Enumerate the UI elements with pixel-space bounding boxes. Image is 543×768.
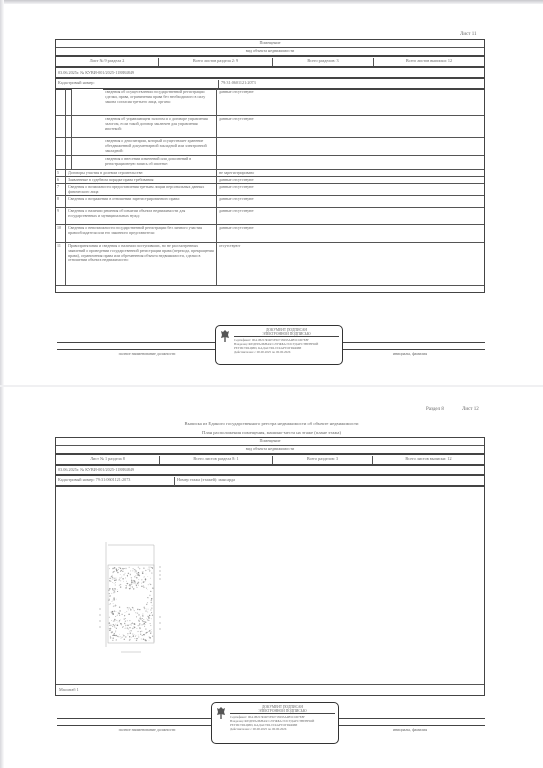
row-name: Договоры участия в долевом строительстве… <box>66 170 217 176</box>
floor-label: Номер этажа (этажей): мансарда <box>175 477 484 486</box>
total-sheets: Всего листов выписки: 12 <box>374 58 484 66</box>
row-value: данные отсутствуют <box>217 116 484 137</box>
stamp-subtitle: ЭЛЕКТРОННОЙ ПОДПИСЬЮ <box>230 709 335 714</box>
table-row: 11Правопритязания и сведения о наличии п… <box>56 243 484 286</box>
e-signature-stamp: ДОКУМЕНТ ПОДПИСАН ЭЛЕКТРОННОЙ ПОДПИСЬЮ С… <box>215 325 343 365</box>
table-row: сведения об управляющем залогом и о дого… <box>56 116 484 138</box>
section-sheet-count: Всего листов раздела 2: 9 <box>159 58 273 66</box>
stamp-line: Действителен: с 00.00.2025 по 00.00.2026 <box>230 727 335 731</box>
row-name: Сведения о возражении в отношении зареги… <box>66 196 217 207</box>
row-value: данные отсутствуют <box>217 196 484 207</box>
row-number: 5 <box>56 170 66 176</box>
position-signature-line <box>57 718 237 726</box>
row-number <box>56 116 66 137</box>
floor-plan-drawing <box>96 537 176 657</box>
row-name: Сведения о наличии решения об изъятии об… <box>66 208 217 224</box>
row-number: 9 <box>56 208 66 224</box>
sheet-label: Лист 11 <box>460 32 477 37</box>
position-caption: полное наименование должности <box>57 727 237 732</box>
row-number: 6 <box>56 177 66 183</box>
row-name: Заявленные в судебном порядке права треб… <box>66 177 217 183</box>
row-name: Сведения о возможности предоставления тр… <box>66 184 217 195</box>
scan-edge <box>0 0 4 768</box>
row-value: данные отсутствуют <box>217 177 484 183</box>
total-sheets: Всего листов выписки: 12 <box>373 456 484 464</box>
scan-edge <box>0 0 543 4</box>
row-value <box>217 138 484 155</box>
name-caption: инициалы, фамилия <box>335 727 485 732</box>
row-number <box>56 156 66 169</box>
table-row: сведения об осуществлении государственно… <box>56 89 484 116</box>
date-number: 03.06.2025г. № КУВИ-001/2025-118884849 <box>56 70 484 77</box>
position-signature-line <box>57 342 237 350</box>
row-number: 11 <box>56 243 66 285</box>
object-subtitle: вид объекта недвижимости <box>56 446 484 453</box>
emblem-icon <box>216 706 226 720</box>
table-row: 5Договоры участия в долевом строительств… <box>56 170 484 177</box>
name-caption: инициалы, фамилия <box>335 351 485 356</box>
row-name: Сведения о невозможности государственной… <box>66 225 217 242</box>
row-number <box>56 89 66 115</box>
row-number: 7 <box>56 184 66 195</box>
encumbrance-table: сведения об осуществлении государственно… <box>55 88 485 293</box>
table-row: 8Сведения о возражении в отношении зарег… <box>56 196 484 208</box>
table-row: сведения о депозитарии, который осуществ… <box>56 138 484 156</box>
object-title: Помещение <box>56 438 484 445</box>
section-sheet-count: Всего листов раздела 8: 1 <box>160 456 273 464</box>
object-subtitle: вид объекта недвижимости <box>56 48 484 55</box>
table-row: 10Сведения о невозможности государственн… <box>56 225 484 243</box>
page2-header-table: Помещение вид объекта недвижимости Лист … <box>55 437 485 486</box>
row-value: данные отсутствуют <box>217 225 484 242</box>
stamp-line: Действителен: с 00.00.2025 по 00.00.2026 <box>234 350 339 354</box>
name-signature-line <box>335 718 485 726</box>
row-value: отсутствуют <box>217 243 484 285</box>
table-row: 9Сведения о наличии решения об изъятии о… <box>56 208 484 225</box>
object-title: Помещение <box>56 40 484 47</box>
floor-plan-frame: Масштаб 1 <box>55 486 485 696</box>
document-heading: Выписка из Единого государственного реес… <box>0 421 543 426</box>
sheet-number: Лист № 1 раздела 8 <box>56 456 160 464</box>
row-value: не зарегистрировано <box>217 170 484 176</box>
stamp-subtitle: ЭЛЕКТРОННОЙ ПОДПИСЬЮ <box>234 332 339 337</box>
row-value: данные отсутствуют <box>217 89 484 115</box>
scale-row: Масштаб 1 <box>56 684 484 695</box>
name-signature-line <box>335 342 485 350</box>
section-count: Всего разделов: 3 <box>273 58 374 66</box>
emblem-icon <box>220 329 230 343</box>
table-row: 6Заявленные в судебном порядке права тре… <box>56 177 484 184</box>
e-signature-stamp: ДОКУМЕНТ ПОДПИСАН ЭЛЕКТРОННОЙ ПОДПИСЬЮ С… <box>211 702 339 744</box>
sheet-label: Лист 12 <box>462 407 479 412</box>
row-name: сведения о внесении изменений или дополн… <box>103 156 217 169</box>
position-caption: полное наименование должности <box>57 351 237 356</box>
table-row: сведения о внесении изменений или дополн… <box>56 156 484 170</box>
row-name: Правопритязания и сведения о наличии пос… <box>66 243 217 285</box>
row-value: данные отсутствуют <box>217 184 484 195</box>
section-label: Раздел 8 <box>426 407 444 412</box>
row-number: 8 <box>56 196 66 207</box>
section-count: Всего разделов: 3 <box>273 456 373 464</box>
row-name: сведения о депозитарии, который осуществ… <box>103 138 217 155</box>
table-row: 7Сведения о возможности предоставления т… <box>56 184 484 196</box>
scale-label: Масштаб 1 <box>59 687 79 692</box>
sheet-number: Лист № 9 раздела 2 <box>56 58 159 66</box>
row-number <box>56 138 66 155</box>
row-number: 10 <box>56 225 66 242</box>
row-name: сведения об управляющем залогом и о дого… <box>103 116 217 137</box>
page1-header-table: Помещение вид объекта недвижимости Лист … <box>55 39 485 90</box>
page-separator <box>0 385 543 387</box>
row-value <box>217 156 484 169</box>
row-value: данные отсутствуют <box>217 208 484 224</box>
row-name: сведения об осуществлении государственно… <box>103 89 217 115</box>
cadastral-label: Кадастровый номер: 79:31:0601121:2073 <box>56 477 175 486</box>
document-subheading: План расположения помещения, машино-мест… <box>0 430 543 435</box>
date-number: 03.06.2025г. № КУВИ-001/2025-118884849 <box>56 467 484 474</box>
